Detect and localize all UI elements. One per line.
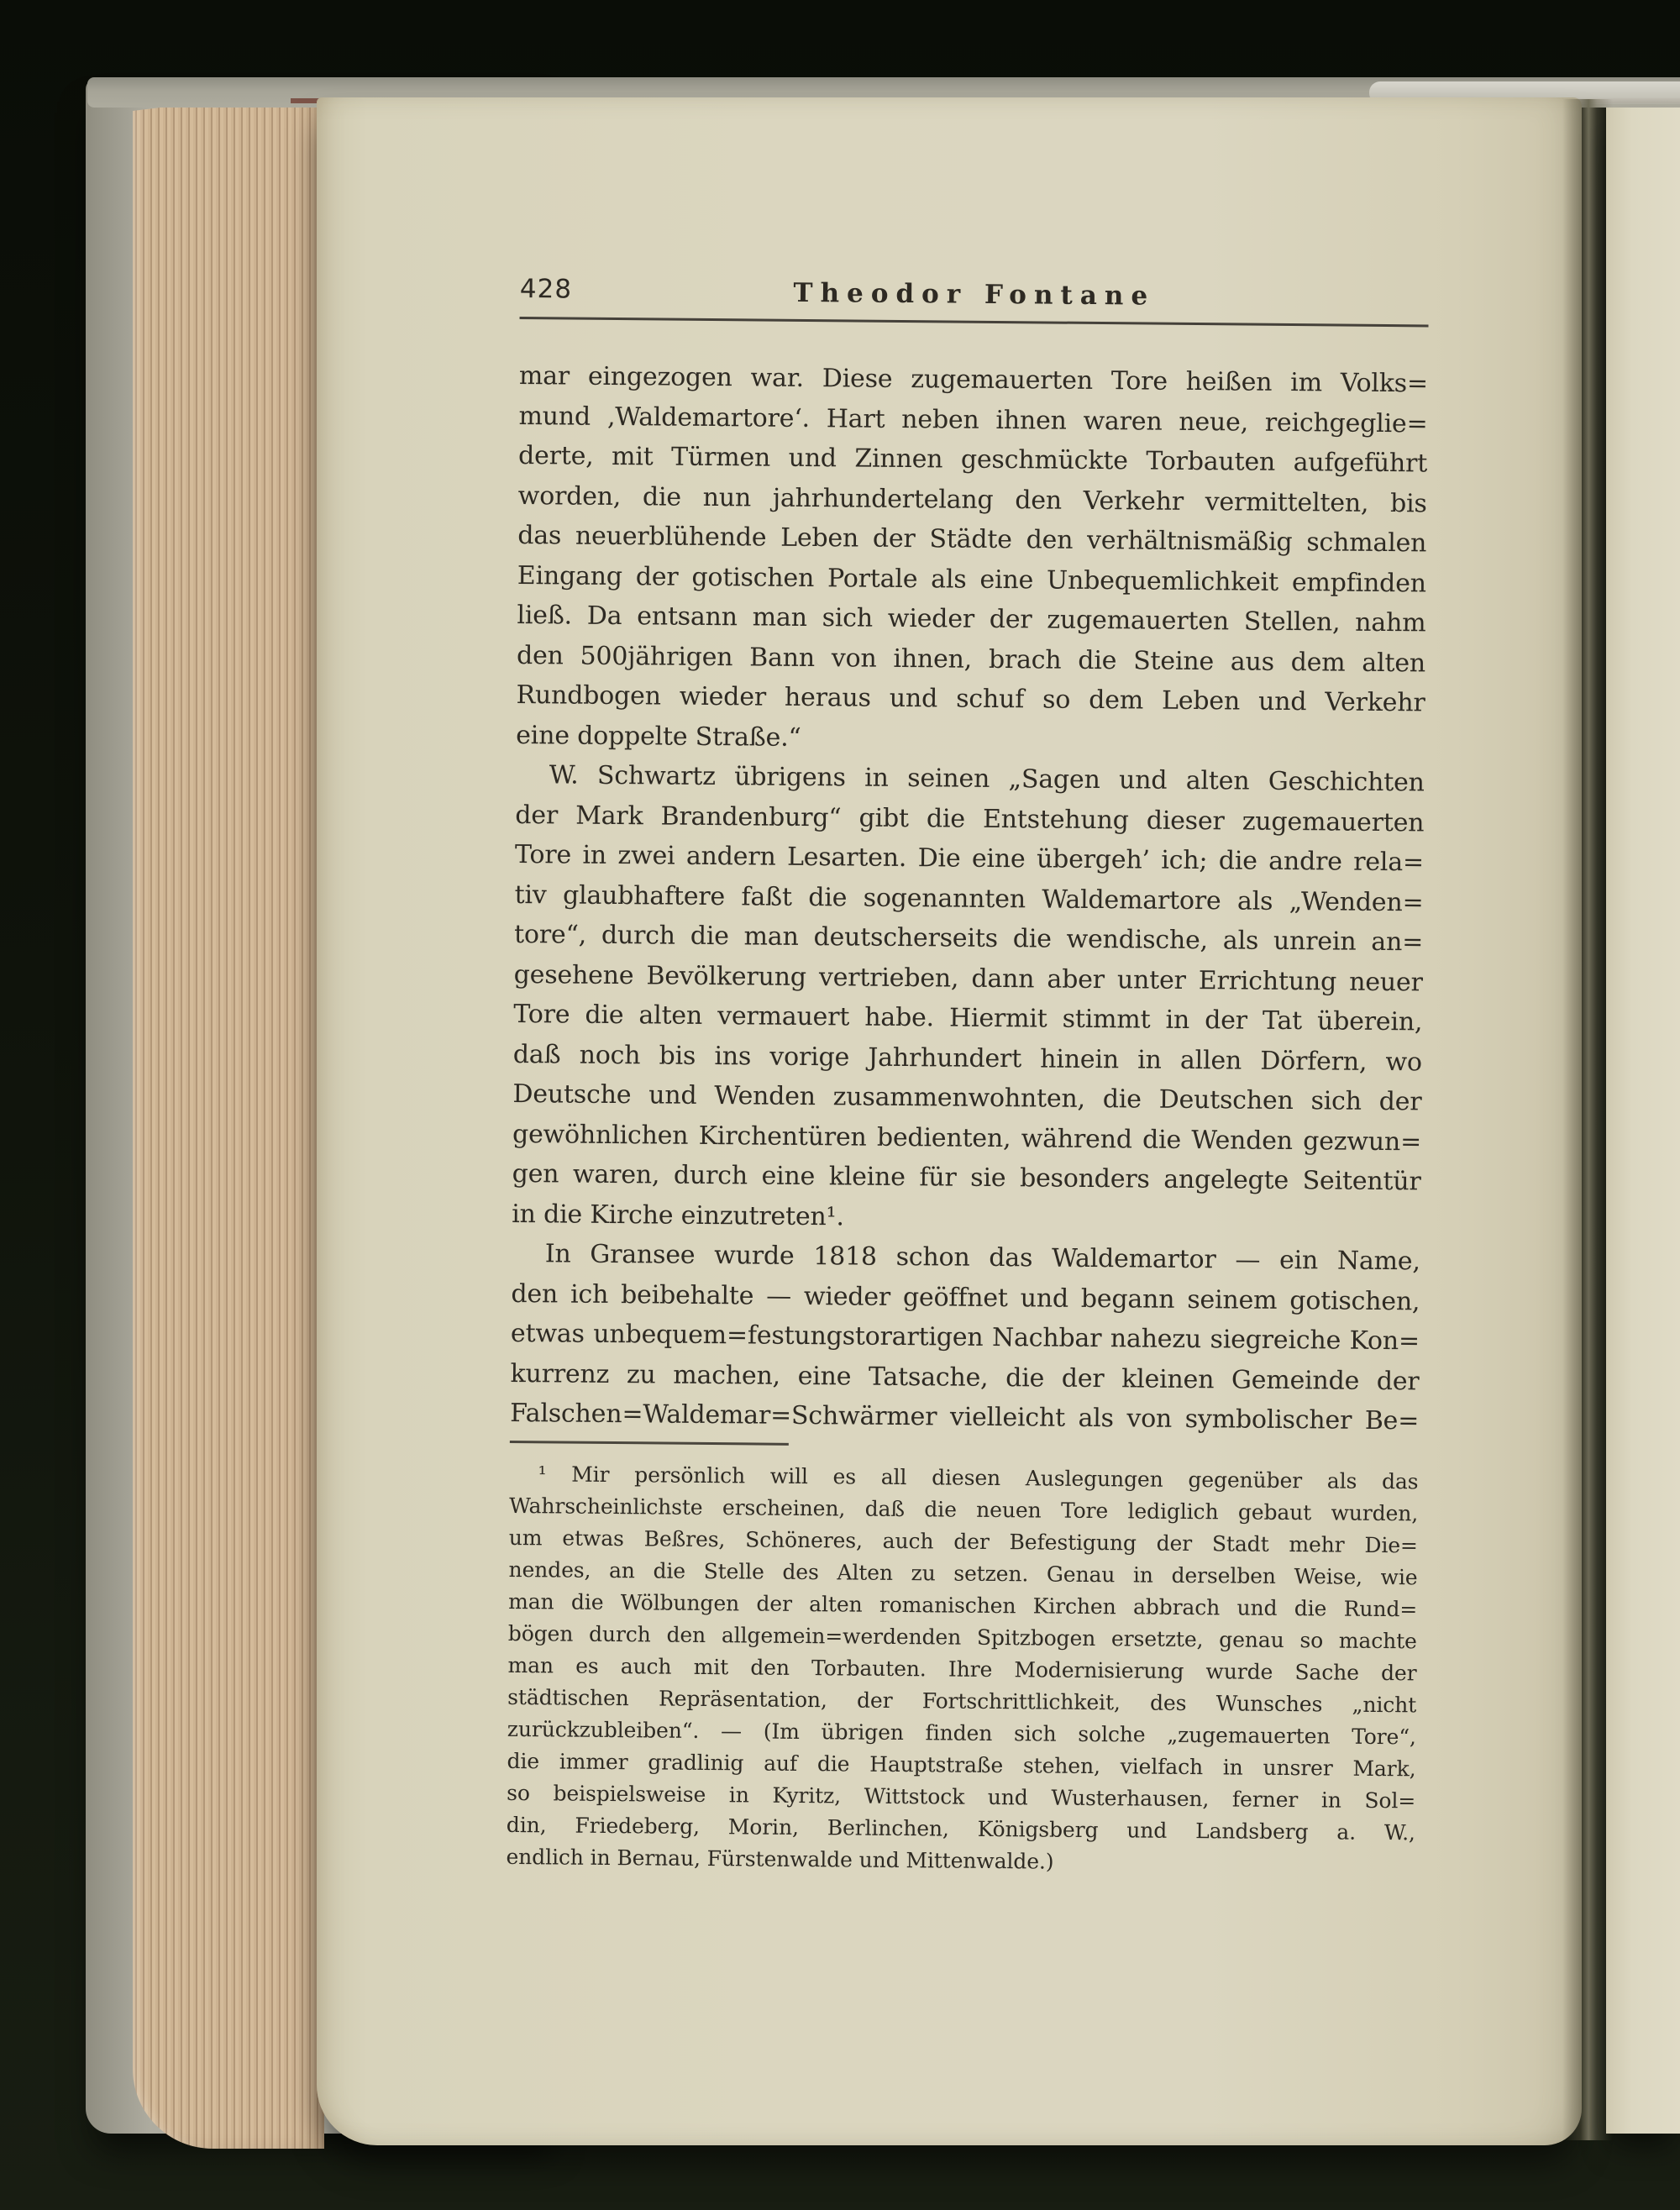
text-line: etwas unbequem=festungstorartigen Nachba… [511, 1314, 1420, 1362]
text-line: mar eingezogen war. Diese zugemauerten T… [519, 356, 1428, 404]
page-fore-edge-stack [133, 89, 324, 2149]
text-line: W. Schwartz übrigens in seinen „Sagen un… [516, 755, 1425, 803]
text-line: ließ. Da entsann man sich wieder der zug… [517, 596, 1425, 643]
text-line: Deutsche und Wenden zusammenwohnten, die… [512, 1074, 1421, 1122]
body-text: mar eingezogen war. Diese zugemauerten T… [510, 356, 1428, 1441]
text-line: tore“, durch die man deutscherseits die … [514, 915, 1423, 963]
footnote-separator [510, 1440, 789, 1445]
text-line: gen waren, durch eine kleine für sie bes… [512, 1154, 1420, 1202]
page-header: 428 Theodor Fontane [520, 274, 1429, 317]
facing-page-sliver [1606, 108, 1680, 2134]
running-title: Theodor Fontane [520, 276, 1429, 313]
gutter-fold [1562, 99, 1613, 2140]
text-line: Tore die alten vermauert habe. Hiermit s… [513, 995, 1422, 1042]
text-line: Falschen=Waldemar=Schwärmer vielleicht a… [510, 1394, 1419, 1441]
text-line: Tore in zwei andern Lesarten. Die eine ü… [515, 835, 1424, 883]
book-page: 428 Theodor Fontane mar eingezogen war. … [317, 97, 1582, 2145]
text-line: Rundbogen wieder heraus und schuf so dem… [516, 675, 1425, 723]
book-photo: 428 Theodor Fontane mar eingezogen war. … [0, 0, 1680, 2210]
text-line: derte, mit Türmen und Zinnen geschmückte… [518, 436, 1427, 484]
header-rule [520, 317, 1429, 327]
text-line: In Gransee wurde 1818 schon das Waldemar… [512, 1234, 1420, 1282]
footnote-text: ¹ Mir persönlich will es all diesen Ausl… [506, 1457, 1418, 1880]
text-line: das neuerblühende Leben der Städte den v… [517, 516, 1426, 564]
printed-content: 428 Theodor Fontane mar eingezogen war. … [506, 274, 1429, 1881]
